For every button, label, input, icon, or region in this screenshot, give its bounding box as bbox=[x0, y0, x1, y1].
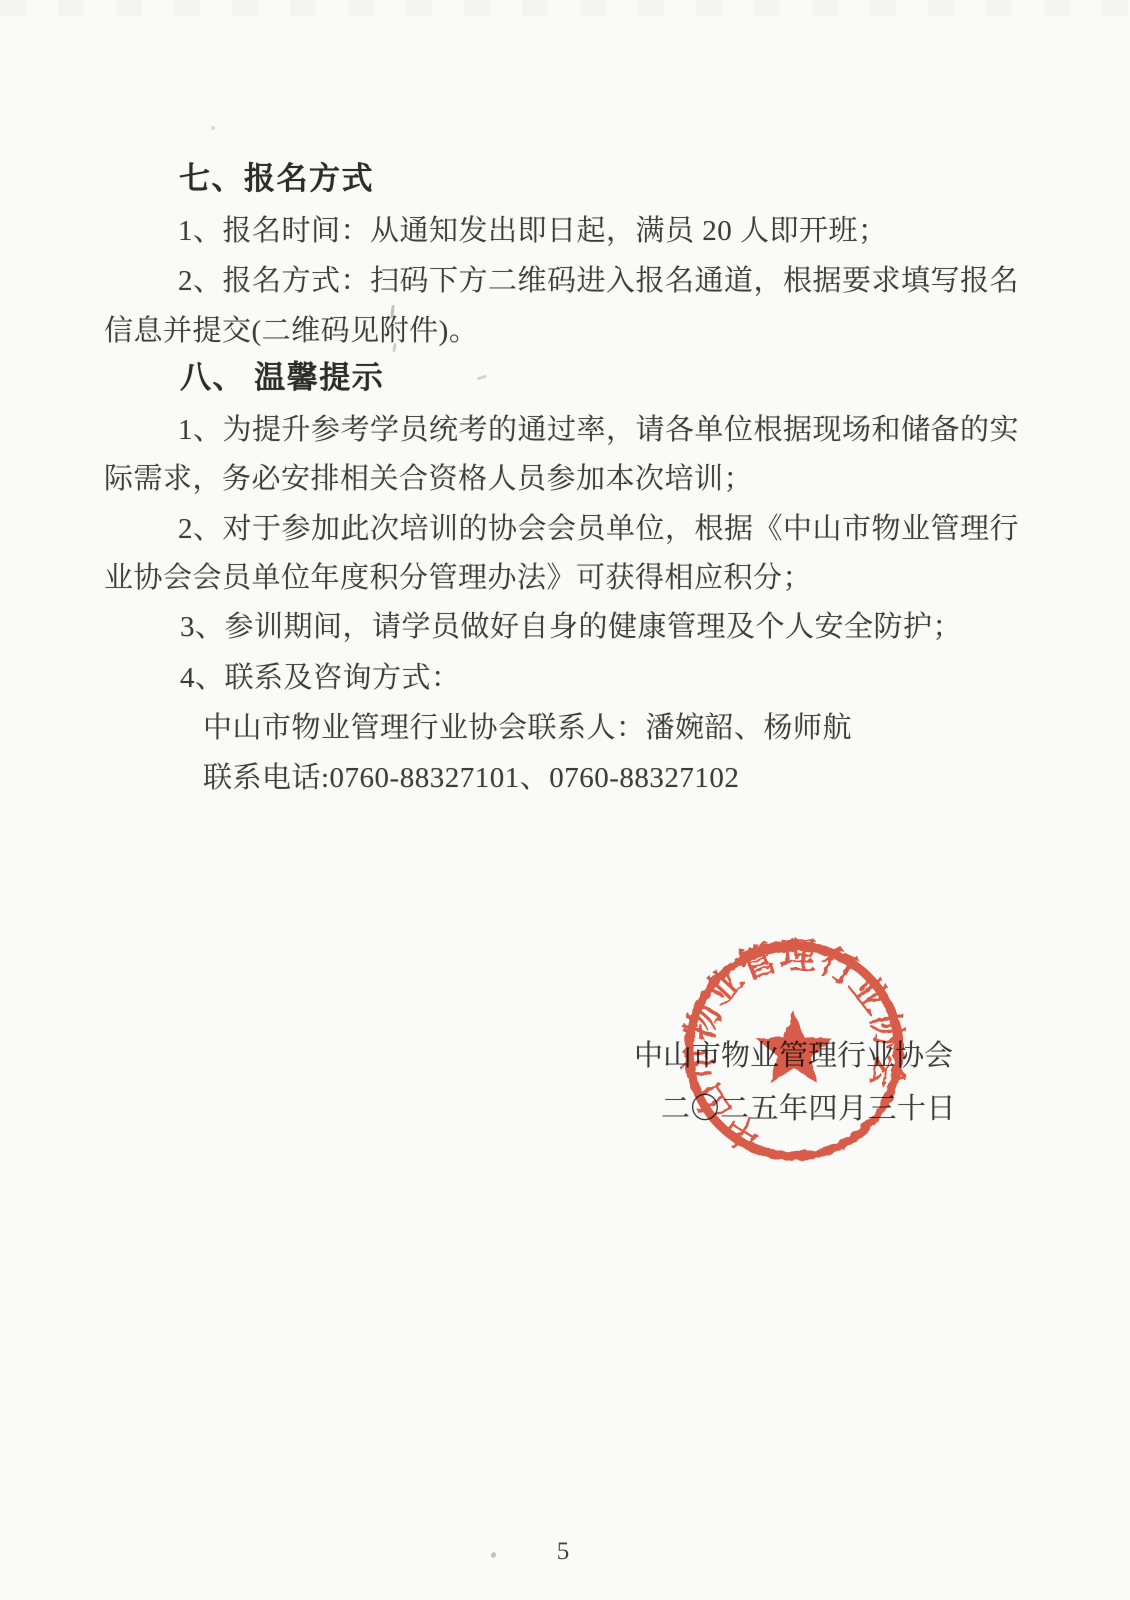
contact-phone-line: 联系电话:0760-88327101、0760-88327102 bbox=[203, 759, 739, 797]
official-seal: 中山市物业管理行业协会 bbox=[664, 921, 924, 1181]
scan-artifact bbox=[211, 126, 215, 130]
body-line: 际需求，务必安排相关合资格人员参加本次培训； bbox=[104, 460, 753, 498]
body-line: 1、报名时间：从通知发出即日起，满员 20 人即开班； bbox=[178, 212, 888, 250]
body-line: 1、为提升参考学员统考的通过率，请各单位根据现场和储备的实 bbox=[178, 411, 1019, 449]
body-line: 业协会会员单位年度积分管理办法》可获得相应积分； bbox=[104, 559, 812, 597]
contact-person-line: 中山市物业管理行业协会联系人：潘婉韶、杨师航 bbox=[203, 709, 852, 747]
document-page: 七、报名方式 1、报名时间：从通知发出即日起，满员 20 人即开班； 2、报名方… bbox=[0, 0, 1130, 1600]
body-line: 3、参训期间，请学员做好自身的健康管理及个人安全防护； bbox=[180, 608, 962, 646]
scan-streaks bbox=[0, 0, 1130, 16]
scan-artifact bbox=[490, 1551, 497, 1559]
seal-star bbox=[756, 1011, 832, 1083]
scan-artifact bbox=[477, 375, 487, 381]
body-line: 2、报名方式：扫码下方二维码进入报名通道，根据要求填写报名 bbox=[178, 262, 1019, 300]
section-heading-7: 七、报名方式 bbox=[179, 160, 374, 198]
body-line: 2、对于参加此次培训的协会会员单位，根据《中山市物业管理行 bbox=[178, 510, 1019, 548]
body-line: 4、联系及咨询方式： bbox=[180, 659, 461, 697]
body-line: 信息并提交(二维码见附件)。 bbox=[104, 312, 478, 350]
page-number: 5 bbox=[540, 1538, 586, 1566]
section-heading-8: 八、 温馨提示 bbox=[180, 359, 384, 397]
